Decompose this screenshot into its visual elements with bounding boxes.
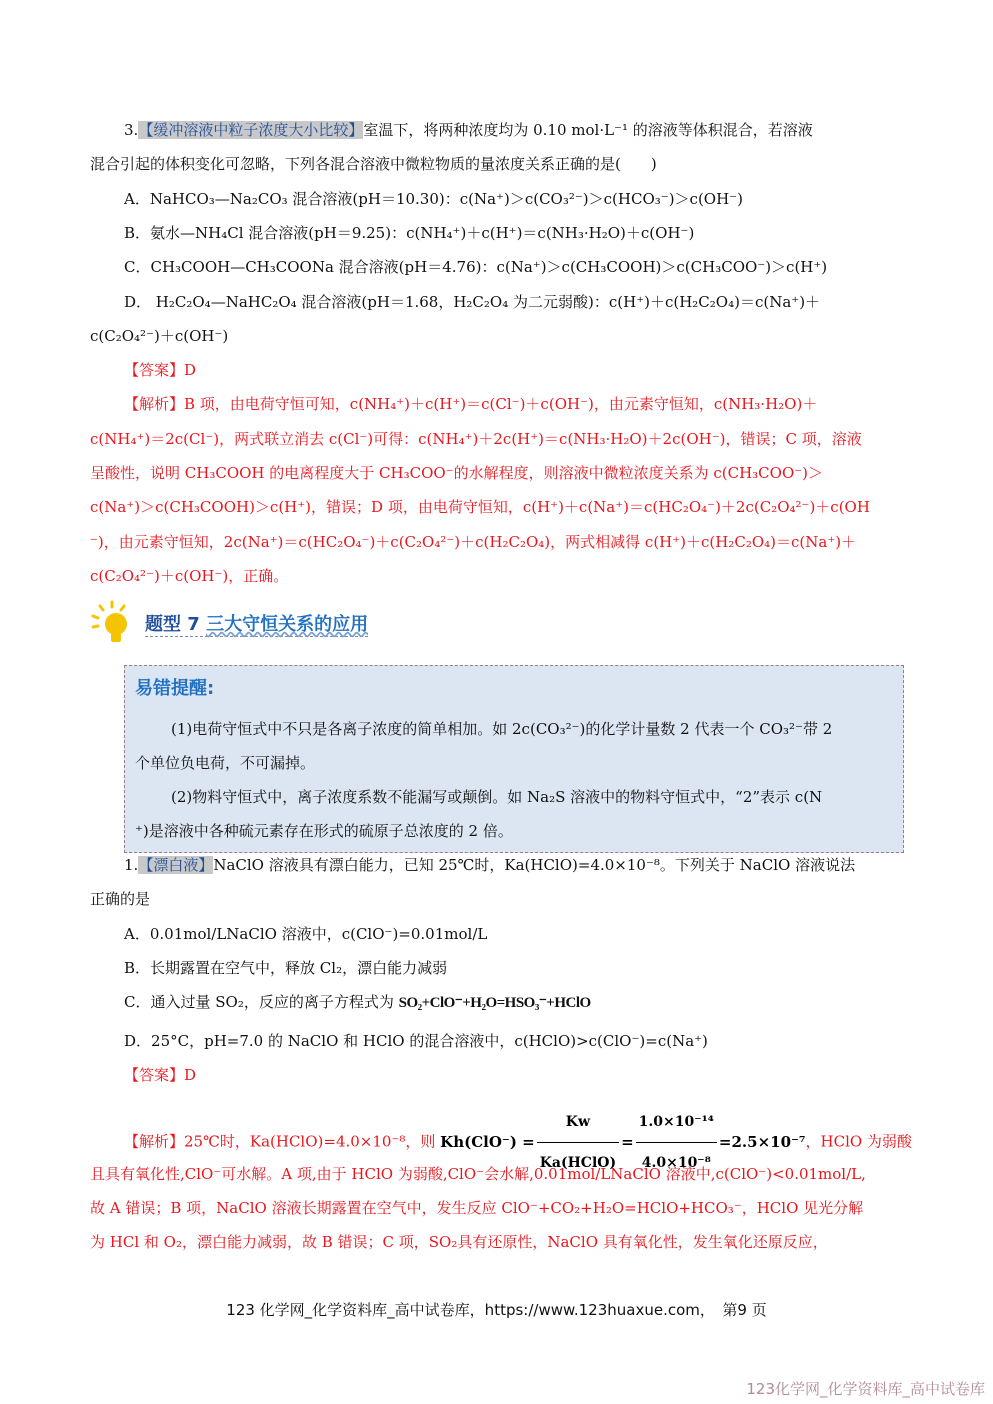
question-3-stem-line1: 3.【缓冲溶液中粒子浓度大小比较】室温下，将两种浓度均为 0.10 mol·L⁻…: [124, 119, 908, 141]
option-c: C．通入过量 SO₂，反应的离子方程式为 SO₂+ClO⁻+H₂O=HSO₃⁻+…: [124, 991, 908, 1014]
option-d: D．25°C，pH=7.0 的 NaClO 和 HClO 的混合溶液中，c(HC…: [124, 1030, 908, 1052]
section-title: 题型 7 三大守恒关系的应用: [145, 610, 368, 637]
watermark: 123化学网_化学资料库_高中试卷库: [746, 1378, 985, 1399]
option-c: C．CH₃COOH—CH₃COONa 混合溶液(pH＝4.76)：c(Na⁺)＞…: [124, 256, 908, 278]
option-a: A．0.01mol/LNaClO 溶液中，c(ClO⁻)=0.01mol/L: [124, 923, 908, 945]
section-header: 题型 7 三大守恒关系的应用: [90, 600, 490, 650]
formula-lhs: Kh(ClO⁻) =: [440, 1133, 535, 1151]
hint-p2-line1: (2)物料守恒式中，离子浓度系数不能漏写或颠倒。如 Na₂S 溶液中的物料守恒式…: [125, 786, 903, 808]
question-tag: 【漂白液】: [138, 856, 213, 874]
question-tag: 【缓冲溶液中粒子浓度大小比较】: [138, 121, 363, 139]
analysis-line: ⁻)，由元素守恒知，2c(Na⁺)＝c(HC₂O₄⁻)＋c(C₂O₄²⁻)＋c(…: [90, 531, 908, 553]
hint-title: 易错提醒:: [135, 674, 214, 700]
section-label: 题型 7: [145, 614, 200, 635]
frac-numerator: 1.0×10⁻¹⁴: [636, 1102, 717, 1143]
question-number: 3.: [124, 121, 138, 139]
lightbulb-icon: [90, 600, 134, 650]
answer: 【答案】D: [124, 1064, 908, 1086]
analysis-line: 【解析】B 项，由电荷守恒可知，c(NH₄⁺)＋c(H⁺)＝c(Cl⁻)＋c(O…: [124, 393, 908, 415]
question-number: 1.: [124, 856, 138, 874]
analysis-line: 故 A 错误；B 项，NaClO 溶液长期露置在空气中，发生反应 ClO⁻+CO…: [90, 1197, 908, 1219]
hint-p1-line1: (1)电荷守恒式中不只是各离子浓度的简单相加。如 2c(CO₃²⁻)的化学计量数…: [125, 718, 903, 740]
option-c-text: C．通入过量 SO₂，反应的离子方程式为: [124, 993, 399, 1011]
section-name: 三大守恒关系的应用: [206, 614, 368, 635]
analysis-line: c(C₂O₄²⁻)＋c(OH⁻)，正确。: [90, 565, 908, 587]
analysis-intro: 【解析】25℃时，Ka(HClO)=4.0×10⁻⁸，则: [124, 1133, 440, 1151]
analysis-line: 且具有氧化性,ClO⁻可水解。A 项,由于 HClO 为弱酸,ClO⁻会水解,0…: [90, 1163, 908, 1185]
option-b: B．氨水—NH₄Cl 混合溶液(pH＝9.25)：c(NH₄⁺)＋c(H⁺)＝c…: [124, 222, 908, 244]
hydrolysis-formula: Kh(ClO⁻) =KwKa(HClO)=1.0×10⁻¹⁴4.0×10⁻⁸=2…: [440, 1133, 805, 1151]
error-prone-reminder-box: 易错提醒: (1)电荷守恒式中不只是各离子浓度的简单相加。如 2c(CO₃²⁻)…: [124, 665, 904, 853]
option-d-line1: D． H₂C₂O₄—NaHC₂O₄ 混合溶液(pH＝1.68，H₂C₂O₄ 为二…: [124, 291, 908, 313]
question-1-stem-line2: 正确的是: [90, 888, 908, 910]
analysis-tail: ，HClO 为弱酸: [806, 1133, 912, 1151]
option-b: B．长期露置在空气中，释放 Cl₂，漂白能力减弱: [124, 957, 908, 979]
analysis-line: 呈酸性，说明 CH₃COOH 的电离程度大于 CH₃COO⁻的水解程度，则溶液中…: [90, 462, 908, 484]
analysis-line: c(NH₄⁺)＝2c(Cl⁻)，两式联立消去 c(Cl⁻)可得：c(NH₄⁺)＋…: [90, 428, 908, 450]
hint-p1-line2: 个单位负电荷，不可漏掉。: [125, 752, 903, 774]
frac-numerator: Kw: [537, 1102, 619, 1143]
stem-text: 室温下，将两种浓度均为 0.10 mol·L⁻¹ 的溶液等体积混合，若溶液: [363, 121, 812, 139]
hint-p2-line2: ⁺)是溶液中各种硫元素存在形式的硫原子总浓度的 2 倍。: [125, 820, 903, 842]
analysis-line: 为 HCl 和 O₂，漂白能力减弱，故 B 错误；C 项，SO₂具有还原性，Na…: [90, 1231, 908, 1253]
option-a: A．NaHCO₃—Na₂CO₃ 混合溶液(pH＝10.30)：c(Na⁺)＞c(…: [124, 188, 908, 210]
answer: 【答案】D: [124, 359, 908, 381]
option-d-line2: c(C₂O₄²⁻)＋c(OH⁻): [90, 325, 908, 347]
page-footer: 123 化学网_化学资料库_高中试卷库，https://www.123huaxu…: [0, 1299, 993, 1320]
analysis-line: c(Na⁺)＞c(CH₃COOH)＞c(H⁺)，错误；D 项，由电荷守恒知，c(…: [90, 496, 908, 518]
question-1-stem-line1: 1.【漂白液】NaClO 溶液具有漂白能力，已知 25℃时，Ka(HClO)=4…: [124, 854, 908, 876]
ionic-equation: SO₂+ClO⁻+H₂O=HSO₃⁻+HClO: [399, 995, 591, 1011]
formula-result: =2.5×10⁻⁷: [719, 1133, 806, 1151]
question-3-stem-line2: 混合引起的体积变化可忽略，下列各混合溶液中微粒物质的量浓度关系正确的是( ): [90, 153, 908, 175]
stem-text: NaClO 溶液具有漂白能力，已知 25℃时，Ka(HClO)=4.0×10⁻⁸…: [213, 856, 855, 874]
